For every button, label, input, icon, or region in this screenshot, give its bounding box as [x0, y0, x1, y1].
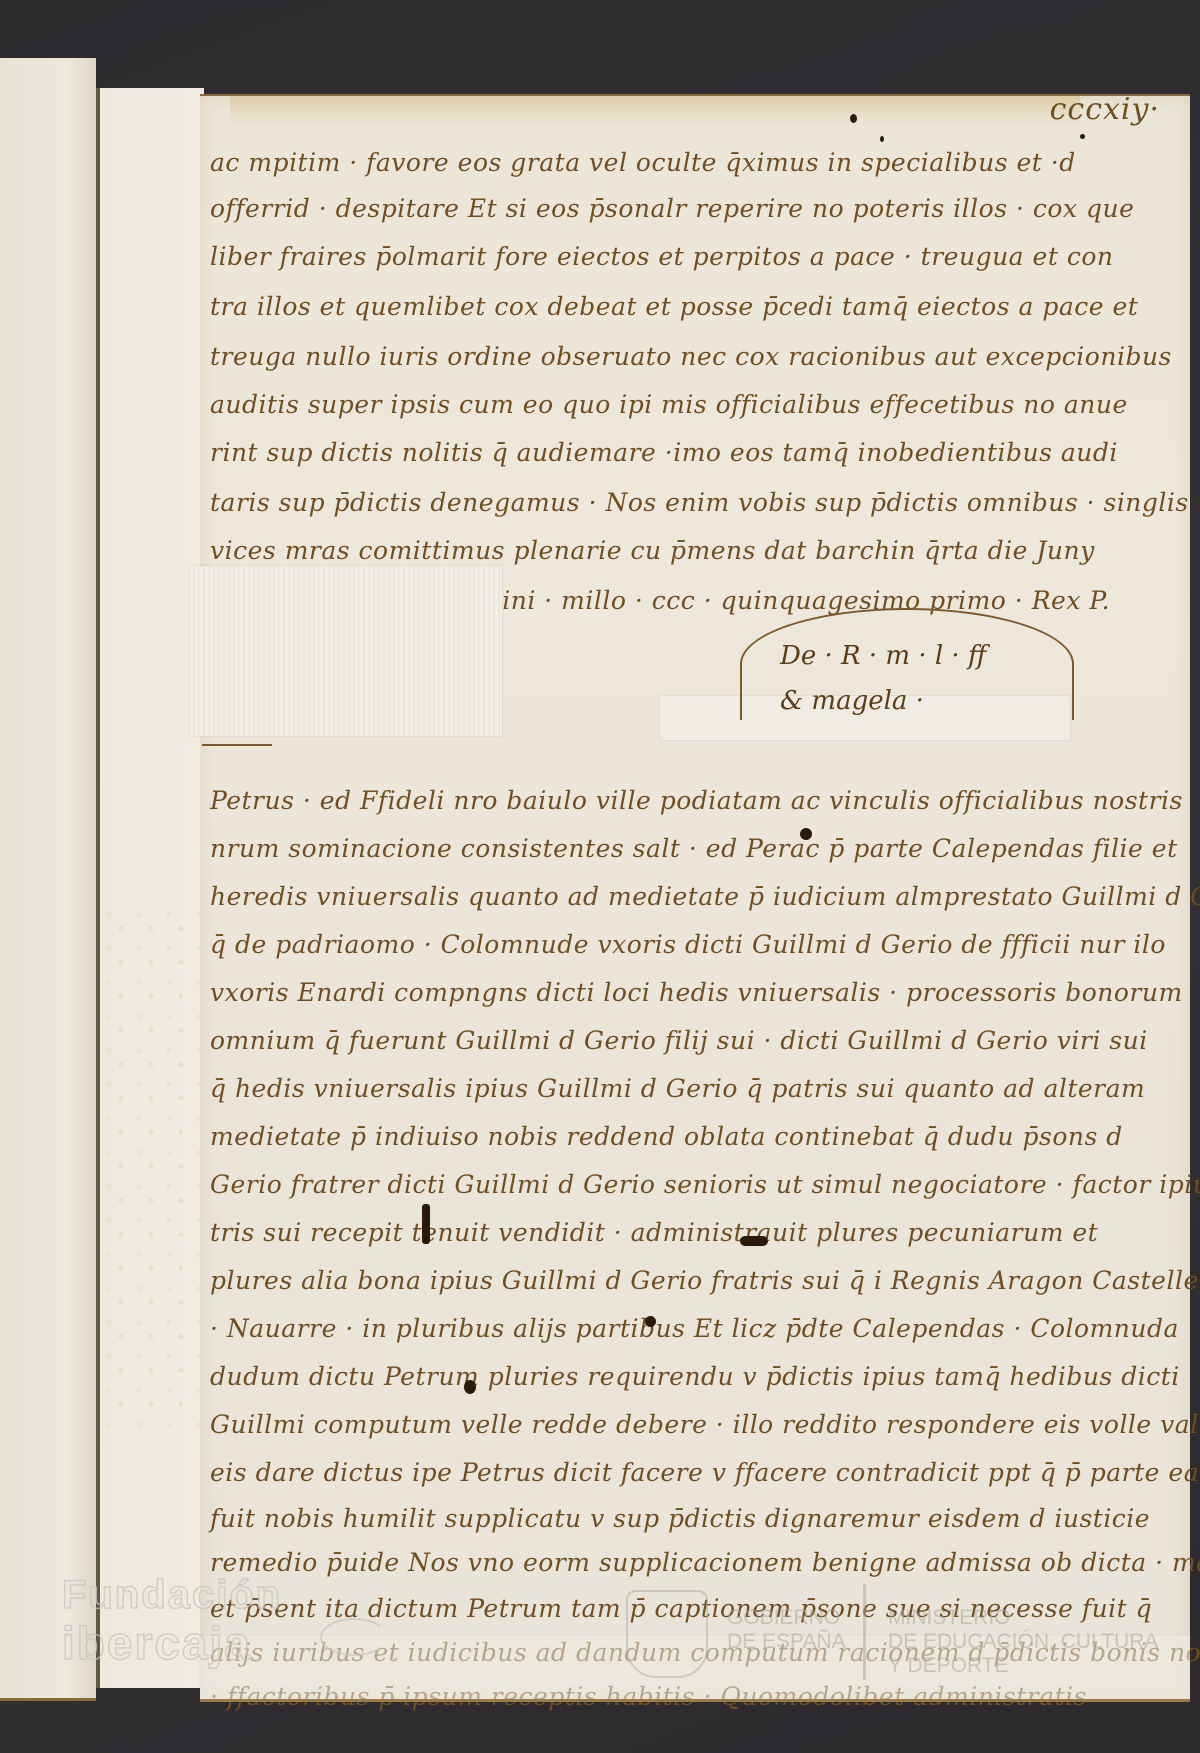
ink-blot: [740, 1236, 768, 1246]
text-line: eis dare dictus ipe Petrus dicit facere …: [210, 1458, 1200, 1487]
text-line: dudum dictu Petrum pluries requirendu v …: [210, 1362, 1180, 1391]
ibercaja-logo-icon: [320, 1618, 388, 1656]
page-edge: [200, 1699, 1190, 1702]
paper-texture: [100, 908, 204, 1428]
watermark-line: MINISTERIO: [888, 1606, 1011, 1630]
text-line: plures alia bona ipius Guillmi d Gerio f…: [210, 1266, 1199, 1295]
signature-line-1: De · R · m · l · ff: [780, 641, 986, 671]
text-line: nrum sominacione consistentes salt · ed …: [210, 834, 1178, 863]
text-line: tra illos et quemlibet cox debeat et pos…: [210, 292, 1138, 321]
ink-blot: [422, 1204, 430, 1244]
text-line: liber fraires p̄olmarit fore eiectos et …: [210, 242, 1113, 271]
text-line: Guillmi computum velle redde debere · il…: [210, 1410, 1200, 1439]
ink-blot: [850, 114, 857, 123]
text-line: Petrus · ed Ffideli nro baiulo ville pod…: [210, 786, 1183, 815]
watermark-line: DE ESPAÑA: [727, 1630, 846, 1654]
text-line: fuit nobis humilit supplicatu v sup p̄di…: [210, 1504, 1150, 1533]
paper-repair-patch: [190, 566, 502, 736]
text-line: vices mras comittimus plenarie cu p̄mens…: [210, 536, 1095, 565]
text-line: auditis super ipsis cum eo quo ipi mis o…: [210, 390, 1128, 419]
text-line: tris sui recepit tenuit vendidit · admin…: [210, 1218, 1098, 1247]
manuscript-page: cccxiy· ac mpitim · favore eos grata vel…: [200, 94, 1190, 1701]
watermark-line: GOBIERNO: [727, 1606, 840, 1630]
text-line: taris sup p̄dictis denegamus · Nos enim …: [210, 488, 1189, 517]
water-stain: [230, 96, 1080, 126]
binding-fold: [96, 88, 100, 1688]
ink-blot: [645, 1316, 656, 1327]
binding-stub: [100, 88, 204, 1688]
ink-blot: [464, 1380, 476, 1394]
ink-blot: [1080, 134, 1085, 139]
text-line: remedio p̄uide Nos vno eorm supplicacion…: [210, 1548, 1200, 1577]
signature-line-2: & magela ·: [780, 686, 924, 716]
ink-blot: [880, 136, 884, 142]
watermark-line: ibercaja: [62, 1616, 252, 1670]
text-line: ac mpitim · favore eos grata vel oculte …: [210, 148, 1076, 177]
folio-number: cccxiy·: [1050, 92, 1160, 127]
text-line: omnium q̄ fuerunt Guillmi d Gerio filij …: [210, 1026, 1148, 1055]
text-line: · Nauarre · in pluribus alijs partibus E…: [210, 1314, 1179, 1343]
text-line: heredis vniuersalis quanto ad medietate …: [210, 882, 1200, 911]
text-line: Gerio fratrer dicti Guillmi d Gerio seni…: [210, 1170, 1200, 1199]
section-divider: [202, 744, 272, 746]
text-line: rint sup dictis nolitis q̄ audiemare ·im…: [210, 438, 1118, 467]
watermark-divider: [863, 1584, 866, 1680]
text-line: vxoris Enardi compngns dicti loci hedis …: [210, 978, 1183, 1007]
text-line: q̄ hedis vniuersalis ipius Guillmi d Ger…: [210, 1074, 1145, 1103]
text-line: offerrid · despitare Et si eos p̄sonalr …: [210, 194, 1134, 223]
text-line: treuga nullo iuris ordine obseruato nec …: [210, 342, 1172, 371]
coat-of-arms-icon: [626, 1590, 708, 1678]
watermark-line: Fundación: [62, 1573, 282, 1618]
left-facing-leaf: [0, 58, 96, 1701]
text-line: q̄ de padriaomo · Colomnude vxoris dicti…: [210, 930, 1166, 959]
text-line: medietate p̄ indiuiso nobis reddend obla…: [210, 1122, 1123, 1151]
watermark-line: DE EDUCACIÓN, CULTURA: [888, 1630, 1158, 1654]
ink-blot: [800, 828, 812, 840]
watermark-line: Y DEPORTE: [888, 1654, 1009, 1678]
